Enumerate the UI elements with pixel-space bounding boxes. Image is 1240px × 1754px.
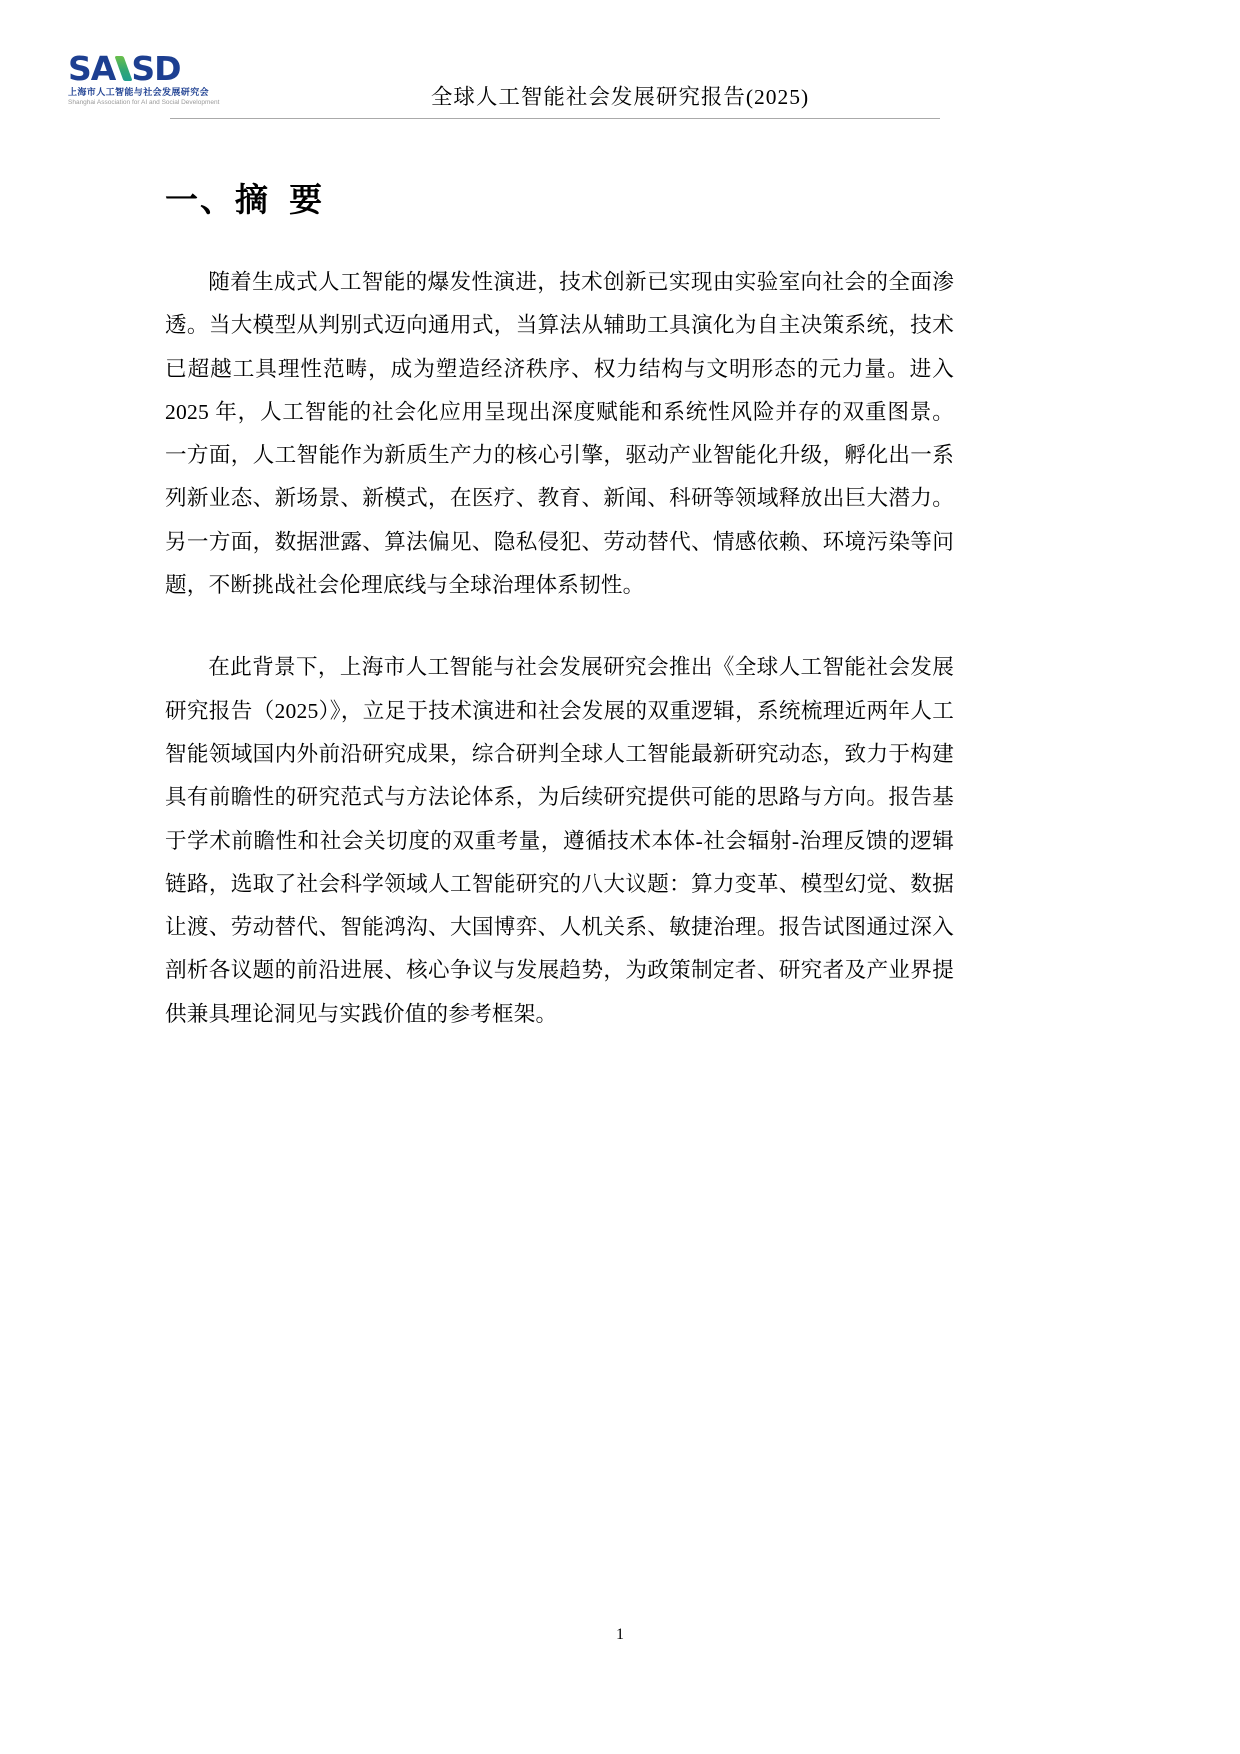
abstract-paragraph-2: 在此背景下，上海市人工智能与社会发展研究会推出《全球人工智能社会发展研究报告（2… [165, 646, 954, 1036]
logo-mark-right: SD [131, 56, 180, 81]
abstract-body: 随着生成式人工智能的爆发性演进，技术创新已实现由实验室向社会的全面渗透。当大模型… [165, 261, 954, 1036]
document-page: SA SD 上海市人工智能与社会发展研究会 Shanghai Associati… [0, 0, 1240, 1754]
logo-mark-left: SA [68, 56, 115, 81]
saisd-logo-wordmark: SA SD [68, 54, 208, 81]
page-number: 1 [0, 1626, 1240, 1644]
logo-slash-icon [115, 56, 133, 81]
abstract-paragraph-1: 随着生成式人工智能的爆发性演进，技术创新已实现由实验室向社会的全面渗透。当大模型… [165, 261, 954, 607]
report-header-title: 全球人工智能社会发展研究报告(2025) [0, 80, 1240, 111]
header-divider [170, 118, 940, 119]
section-heading-abstract: 一、摘 要 [165, 174, 324, 221]
